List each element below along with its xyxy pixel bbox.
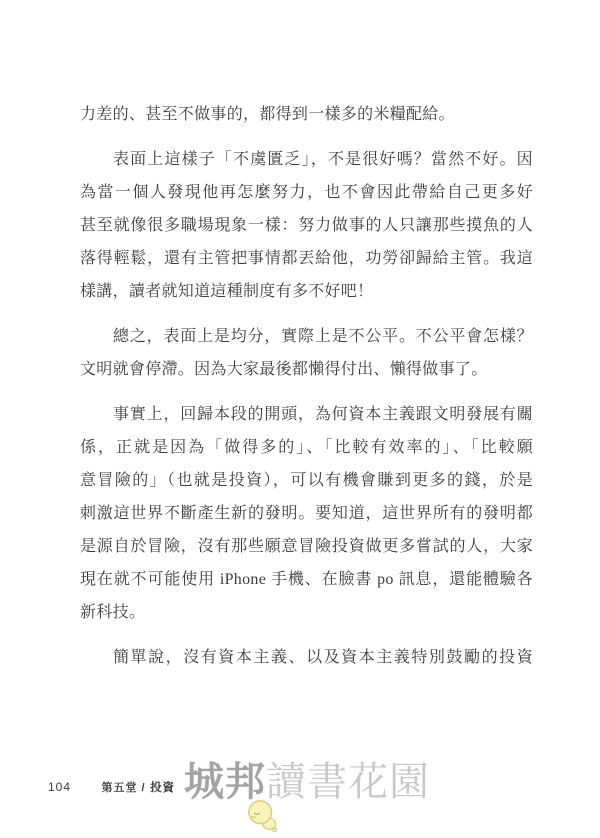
body-text: 力差的、甚至不做事的，都得到一樣多的米糧配給。表面上這樣子「不虞匱乏」，不是很好… (80, 98, 533, 674)
paragraph: 簡單說，沒有資本主義、以及資本主義特別鼓勵的投資 (80, 641, 533, 674)
text-line: 現在就不可能使用 iPhone 手機、在臉書 po 訊息，還能體驗各種 (80, 563, 533, 596)
text-line: 總之，表面上是均分，實際上是不公平。不公平會怎樣？ (80, 320, 533, 353)
book-page: 力差的、甚至不做事的，都得到一樣多的米糧配給。表面上這樣子「不虞匱乏」，不是很好… (0, 0, 600, 838)
paragraph: 事實上，回歸本段的開頭，為何資本主義跟文明發展有關係，正就是因為「做得多的」、「… (80, 398, 533, 629)
text-line: 表面上這樣子「不虞匱乏」，不是很好嗎？當然不好。因 (80, 143, 533, 176)
text-line: 甚至就像很多職場現象一樣：努力做事的人只讓那些摸魚的人 (80, 209, 533, 242)
text-line: 簡單說，沒有資本主義、以及資本主義特別鼓勵的投資 (80, 641, 533, 674)
text-line: 力差的、甚至不做事的，都得到一樣多的米糧配給。 (80, 98, 533, 131)
watermark-brand-light: 讀書花園 (266, 760, 430, 804)
text-line: 事實上，回歸本段的開頭，為何資本主義跟文明發展有關 (80, 398, 533, 431)
watermark-brand-bold: 城邦 (184, 760, 266, 804)
text-line: 新科技。 (80, 596, 533, 629)
footer: 104 第五堂 / 投資 (48, 778, 175, 796)
text-line: 係，正就是因為「做得多的」、「比較有效率的」、「比較願 (80, 431, 533, 464)
paragraph: 總之，表面上是均分，實際上是不公平。不公平會怎樣？文明就會停滯。因為大家最後都懶… (80, 320, 533, 386)
paragraph: 表面上這樣子「不虞匱乏」，不是很好嗎？當然不好。因為當一個人發現他再怎麼努力，也… (80, 143, 533, 308)
chapter-topic: 投資 (150, 782, 175, 794)
text-line: 刺激這世界不斷產生新的發明。要知道，這世界所有的發明都 (80, 497, 533, 530)
page-number: 104 (48, 780, 71, 794)
text-line: 文明就會停滯。因為大家最後都懶得付出、懶得做事了。 (80, 353, 533, 386)
text-line: 落得輕鬆，還有主管把事情都丟給他，功勞卻歸給主管。我這 (80, 242, 533, 275)
text-line: 意冒險的」（也就是投資），可以有機會賺到更多的錢，於是 (80, 464, 533, 497)
chapter-label: 第五堂 / (101, 782, 145, 794)
text-line: 樣講，讀者就知道這種制度有多不好吧！ (80, 275, 533, 308)
text-line: 是源自於冒險，沒有那些願意冒險投資做更多嘗試的人，大家 (80, 530, 533, 563)
text-line: 為當一個人發現他再怎麼努力，也不會因此帶給自己更多好處， (80, 176, 533, 209)
chick-mascot-icon (246, 799, 282, 835)
publisher-watermark: 城邦讀書花園 (184, 762, 430, 802)
paragraph: 力差的、甚至不做事的，都得到一樣多的米糧配給。 (80, 98, 533, 131)
